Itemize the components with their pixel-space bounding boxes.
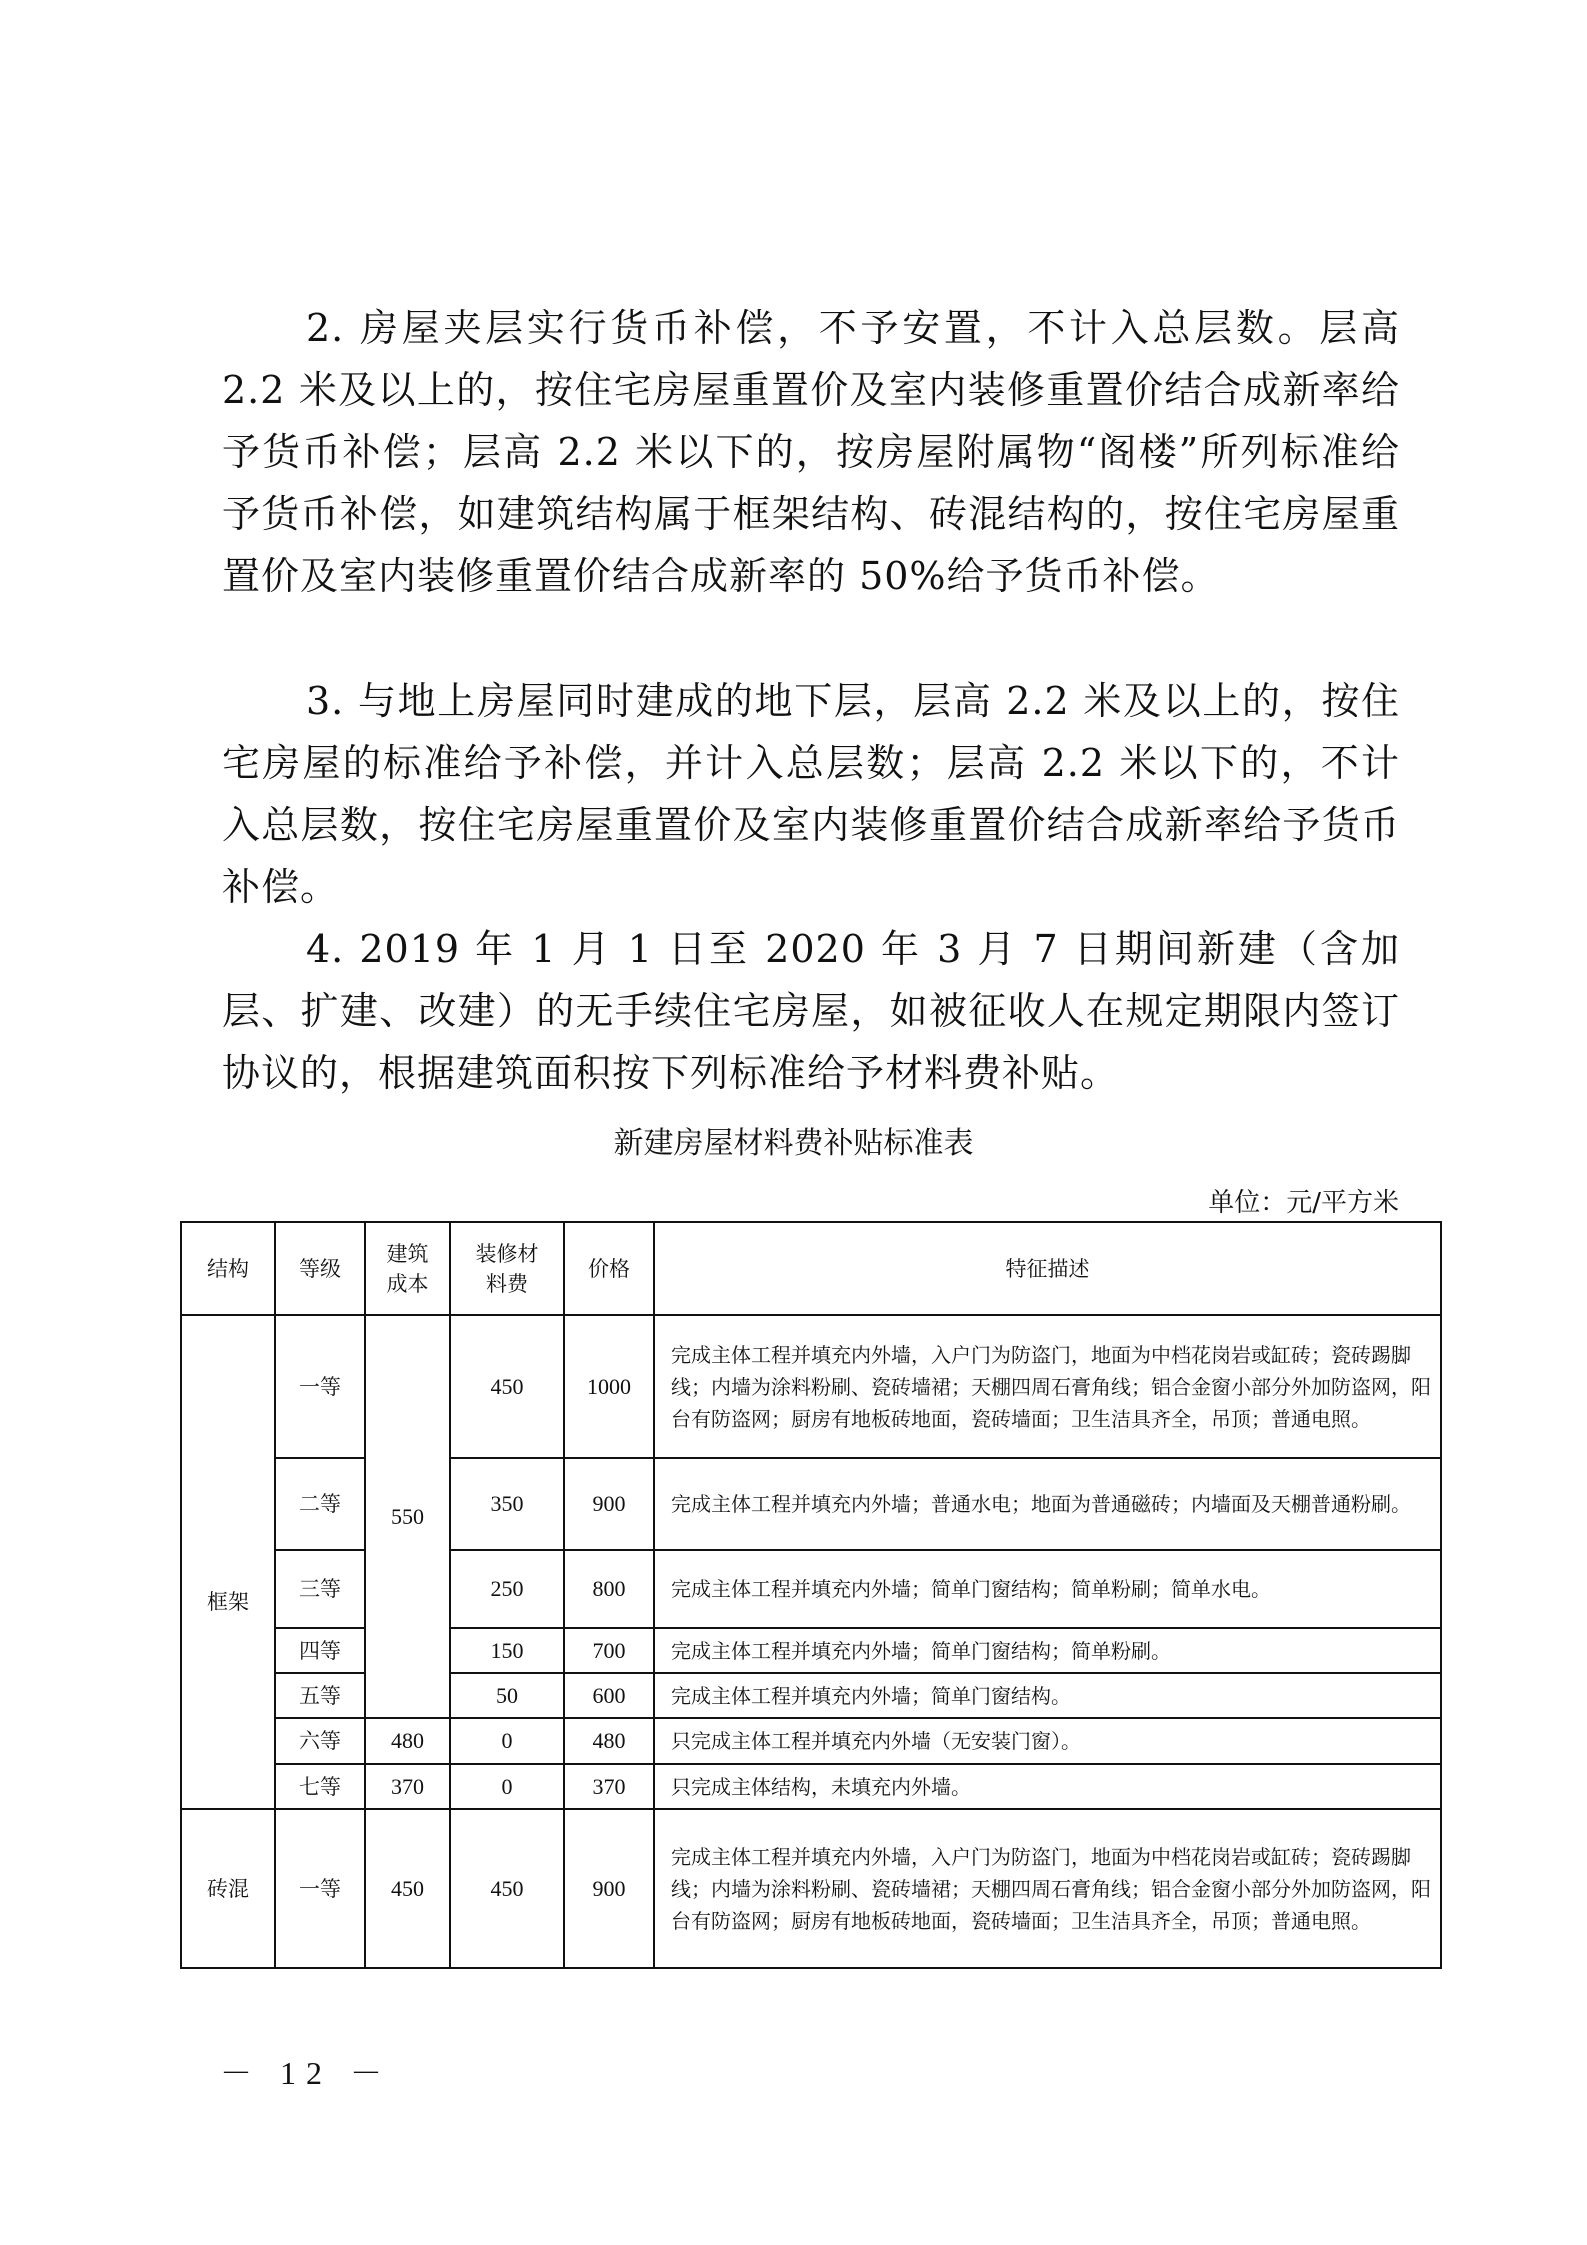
table-unit-label: 单位：元/平方米 bbox=[1208, 1182, 1399, 1219]
subsidy-standard-table: 结构 等级 建筑成本 装修材料费 价格 特征描述 框架 一等 550 450 1… bbox=[180, 1221, 1442, 1969]
grade-cell: 三等 bbox=[275, 1550, 365, 1628]
decoration-fee-cell: 50 bbox=[450, 1673, 564, 1718]
table-row: 七等 370 0 370 只完成主体结构，未填充内外墙。 bbox=[181, 1764, 1441, 1809]
table-header-row: 结构 等级 建筑成本 装修材料费 价格 特征描述 bbox=[181, 1222, 1441, 1315]
header-decoration-fee-text: 装修材料费 bbox=[473, 1239, 540, 1299]
description-cell: 只完成主体结构，未填充内外墙。 bbox=[654, 1764, 1441, 1809]
decoration-fee-cell: 450 bbox=[450, 1809, 564, 1968]
paragraph-4: 4. 2019 年 1 月 1 日至 2020 年 3 月 7 日期间新建（含加… bbox=[222, 918, 1400, 1104]
description-cell: 完成主体工程并填充内外墙；简单门窗结构；简单粉刷；简单水电。 bbox=[654, 1550, 1441, 1628]
decoration-fee-cell: 350 bbox=[450, 1458, 564, 1550]
grade-cell: 一等 bbox=[275, 1315, 365, 1458]
structure-cell-frame: 框架 bbox=[181, 1315, 275, 1809]
building-cost-cell: 370 bbox=[365, 1764, 450, 1809]
price-cell: 700 bbox=[564, 1628, 654, 1673]
header-grade: 等级 bbox=[275, 1222, 365, 1315]
price-cell: 900 bbox=[564, 1809, 654, 1968]
header-building-cost-text: 建筑成本 bbox=[384, 1239, 430, 1299]
grade-cell: 六等 bbox=[275, 1718, 365, 1764]
document-page: 2. 房屋夹层实行货币补偿，不予安置，不计入总层数。层高 2.2 米及以上的，按… bbox=[0, 0, 1587, 2245]
price-cell: 900 bbox=[564, 1458, 654, 1550]
grade-cell: 二等 bbox=[275, 1458, 365, 1550]
description-cell: 完成主体工程并填充内外墙；普通水电；地面为普通磁砖；内墙面及天棚普通粉刷。 bbox=[654, 1458, 1441, 1550]
table-row: 框架 一等 550 450 1000 完成主体工程并填充内外墙，入户门为防盗门，… bbox=[181, 1315, 1441, 1458]
description-cell: 完成主体工程并填充内外墙；简单门窗结构。 bbox=[654, 1673, 1441, 1718]
header-description: 特征描述 bbox=[654, 1222, 1441, 1315]
table-title: 新建房屋材料费补贴标准表 bbox=[0, 1118, 1587, 1162]
price-cell: 800 bbox=[564, 1550, 654, 1628]
building-cost-cell: 450 bbox=[365, 1809, 450, 1968]
description-cell: 完成主体工程并填充内外墙；简单门窗结构；简单粉刷。 bbox=[654, 1628, 1441, 1673]
header-building-cost: 建筑成本 bbox=[365, 1222, 450, 1315]
description-cell: 完成主体工程并填充内外墙，入户门为防盗门，地面为中档花岗岩或缸砖；瓷砖踢脚线；内… bbox=[654, 1315, 1441, 1458]
header-price: 价格 bbox=[564, 1222, 654, 1315]
grade-cell: 七等 bbox=[275, 1764, 365, 1809]
description-cell: 完成主体工程并填充内外墙，入户门为防盗门，地面为中档花岗岩或缸砖；瓷砖踢脚线；内… bbox=[654, 1809, 1441, 1968]
decoration-fee-cell: 0 bbox=[450, 1718, 564, 1764]
paragraph-3: 3. 与地上房屋同时建成的地下层，层高 2.2 米及以上的，按住宅房屋的标准给予… bbox=[222, 670, 1400, 918]
decoration-fee-cell: 450 bbox=[450, 1315, 564, 1458]
building-cost-cell-shared: 550 bbox=[365, 1315, 450, 1718]
price-cell: 600 bbox=[564, 1673, 654, 1718]
decoration-fee-cell: 250 bbox=[450, 1550, 564, 1628]
page-number: － 12 － bbox=[220, 2048, 392, 2094]
structure-frame-label: 框架 bbox=[182, 1587, 274, 1617]
grade-cell: 五等 bbox=[275, 1673, 365, 1718]
decoration-fee-cell: 150 bbox=[450, 1628, 564, 1673]
header-structure: 结构 bbox=[181, 1222, 275, 1315]
price-cell: 1000 bbox=[564, 1315, 654, 1458]
table-row: 砖混 一等 450 450 900 完成主体工程并填充内外墙，入户门为防盗门，地… bbox=[181, 1809, 1441, 1968]
paragraph-2: 2. 房屋夹层实行货币补偿，不予安置，不计入总层数。层高 2.2 米及以上的，按… bbox=[222, 297, 1400, 607]
grade-cell: 四等 bbox=[275, 1628, 365, 1673]
price-cell: 370 bbox=[564, 1764, 654, 1809]
structure-cell-brick: 砖混 bbox=[181, 1809, 275, 1968]
header-decoration-fee: 装修材料费 bbox=[450, 1222, 564, 1315]
table-row: 六等 480 0 480 只完成主体工程并填充内外墙（无安装门窗）。 bbox=[181, 1718, 1441, 1764]
price-cell: 480 bbox=[564, 1718, 654, 1764]
decoration-fee-cell: 0 bbox=[450, 1764, 564, 1809]
description-cell: 只完成主体工程并填充内外墙（无安装门窗）。 bbox=[654, 1718, 1441, 1764]
building-cost-cell: 480 bbox=[365, 1718, 450, 1764]
grade-cell: 一等 bbox=[275, 1809, 365, 1968]
